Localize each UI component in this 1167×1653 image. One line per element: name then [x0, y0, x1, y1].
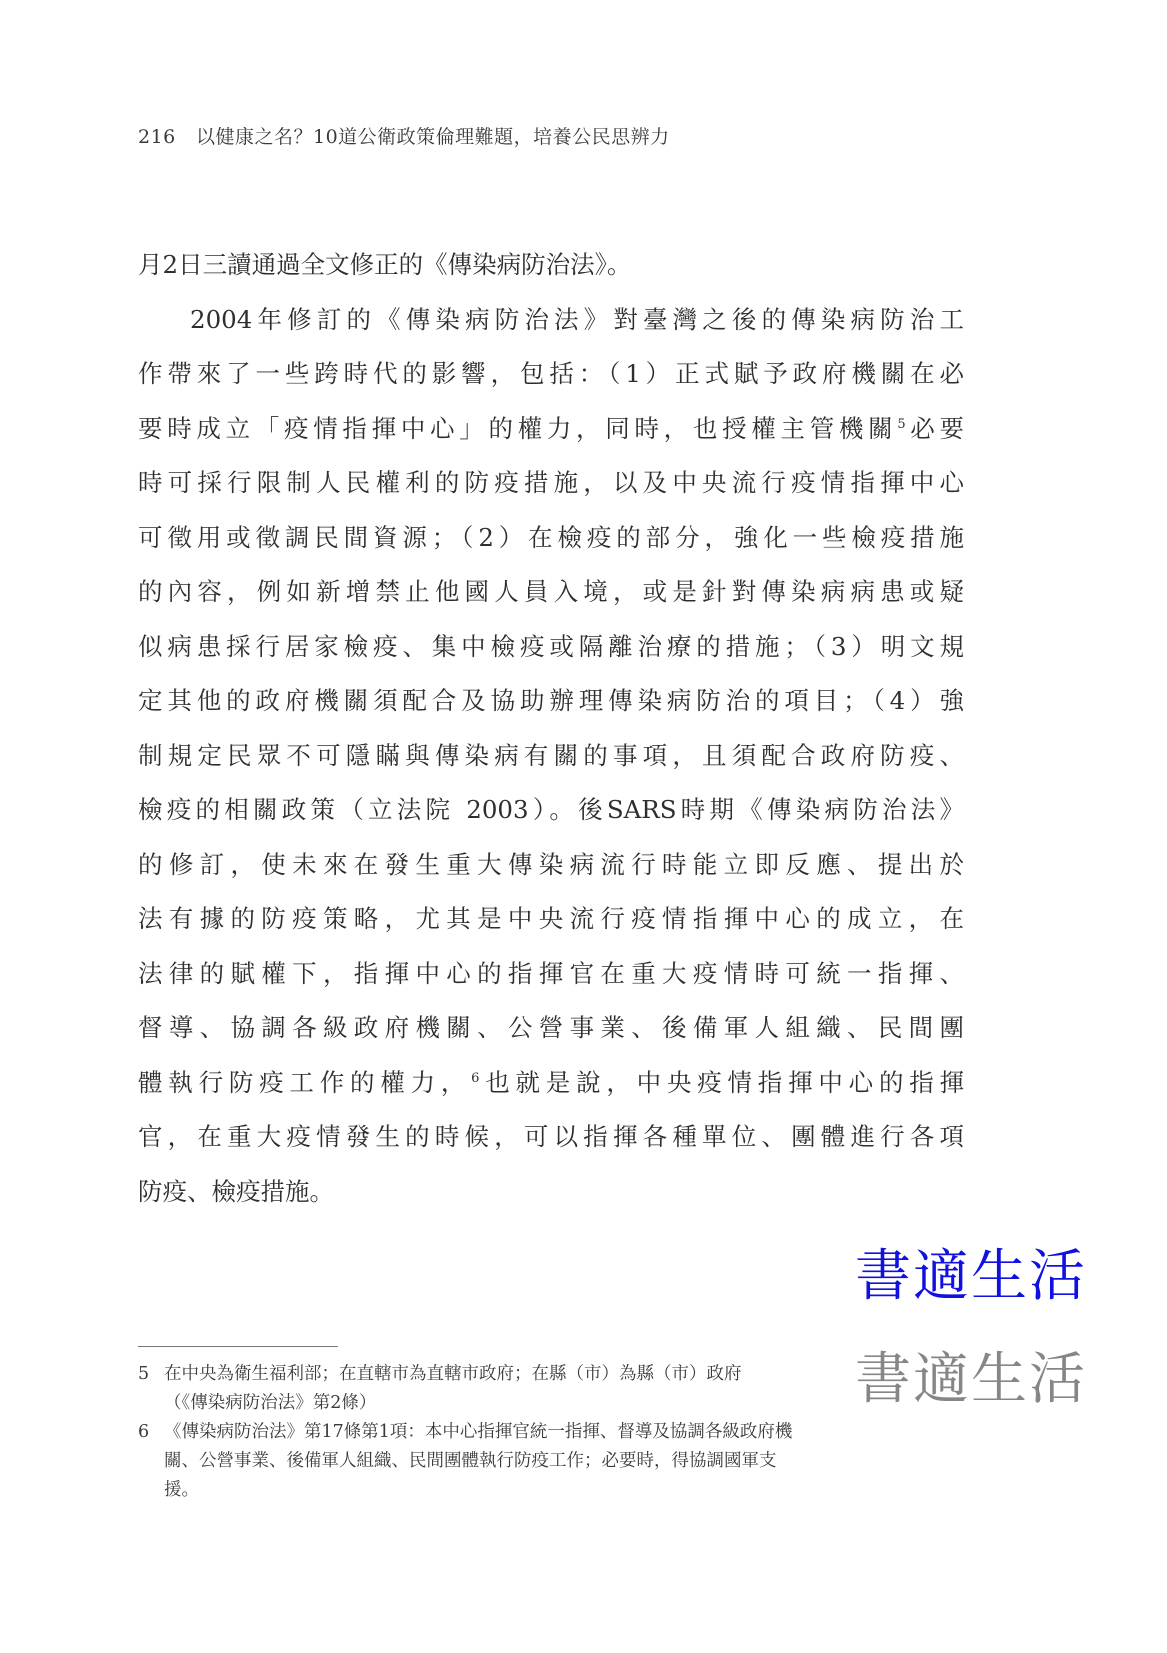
body-line: 2004年修訂的《傳染病防治法》對臺灣之後的傳染病防治工 [138, 293, 964, 348]
body-line: 要時成立「疫情指揮中心」的權力，同時，也授權主管機關5必要 [138, 402, 964, 457]
body-line: 官，在重大疫情發生的時候，可以指揮各種單位、團體進行各項 [138, 1110, 964, 1165]
footnote-line: 援。 [164, 1476, 968, 1505]
body-line: 制規定民眾不可隱瞞與傳染病有關的事項，且須配合政府防疫、 [138, 729, 964, 784]
body-line: 法有據的防疫策略，尤其是中央流行疫情指揮中心的成立，在 [138, 892, 964, 947]
footnote-number: 5 [138, 1360, 149, 1389]
body-text: 月2日三讀通過全文修正的《傳染病防治法》。 2004年修訂的《傳染病防治法》對臺… [138, 238, 964, 1219]
page-number: 216 [138, 126, 196, 148]
book-title: 以健康之名？10道公衛政策倫理難題，培養公民思辨力 [196, 126, 670, 148]
body-line: 體執行防疫工作的權力，6也就是說，中央疫情指揮中心的指揮 [138, 1056, 964, 1111]
body-line: 可徵用或徵調民間資源；（2）在檢疫的部分，強化一些檢疫措施 [138, 511, 964, 566]
footnote-ref-5[interactable]: 5 [897, 416, 905, 431]
watermark-blue: 書適生活 [855, 1232, 1087, 1312]
footnote-line: 在中央為衛生福利部；在直轄市為直轄市政府；在縣（市）為縣（市）政府 [164, 1360, 968, 1389]
body-line: 月2日三讀通過全文修正的《傳染病防治法》。 [138, 238, 964, 293]
watermark-gray: 書適生活 [855, 1335, 1087, 1415]
footnote-line: 《傳染病防治法》第17條第1項：本中心指揮官統一指揮、督導及協調各級政府機 [164, 1418, 968, 1447]
footnote-divider [138, 1346, 338, 1347]
body-line: 似病患採行居家檢疫、集中檢疫或隔離治療的措施；（3）明文規 [138, 620, 964, 675]
footnote-5: 5 在中央為衛生福利部；在直轄市為直轄市政府；在縣（市）為縣（市）政府 （《傳染… [138, 1360, 968, 1418]
footnote-line: 關、公營事業、後備軍人組織、民間團體執行防疫工作；必要時，得協調國軍支 [164, 1447, 968, 1476]
body-line: 的修訂，使未來在發生重大傳染病流行時能立即反應、提出於 [138, 838, 964, 893]
body-line: 的內容，例如新增禁止他國人員入境，或是針對傳染病病患或疑 [138, 565, 964, 620]
running-header: 216以健康之名？10道公衛政策倫理難題，培養公民思辨力 [138, 122, 670, 149]
footnote-6: 6 《傳染病防治法》第17條第1項：本中心指揮官統一指揮、督導及協調各級政府機 … [138, 1418, 968, 1505]
body-line: 時可採行限制人民權利的防疫措施，以及中央流行疫情指揮中心 [138, 456, 964, 511]
body-line: 作帶來了一些跨時代的影響，包括：（1）正式賦予政府機關在必 [138, 347, 964, 402]
body-line: 法律的賦權下，指揮中心的指揮官在重大疫情時可統一指揮、 [138, 947, 964, 1002]
body-line: 防疫、檢疫措施。 [138, 1165, 964, 1220]
footnotes: 5 在中央為衛生福利部；在直轄市為直轄市政府；在縣（市）為縣（市）政府 （《傳染… [138, 1360, 968, 1505]
footnote-number: 6 [138, 1418, 149, 1447]
footnote-line: （《傳染病防治法》第2條） [164, 1389, 968, 1418]
body-line: 檢疫的相關政策（立法院 2003）。後SARS時期《傳染病防治法》 [138, 783, 964, 838]
body-line: 督導、協調各級政府機關、公營事業、後備軍人組織、民間團 [138, 1001, 964, 1056]
body-line: 定其他的政府機關須配合及協助辦理傳染病防治的項目；（4）強 [138, 674, 964, 729]
